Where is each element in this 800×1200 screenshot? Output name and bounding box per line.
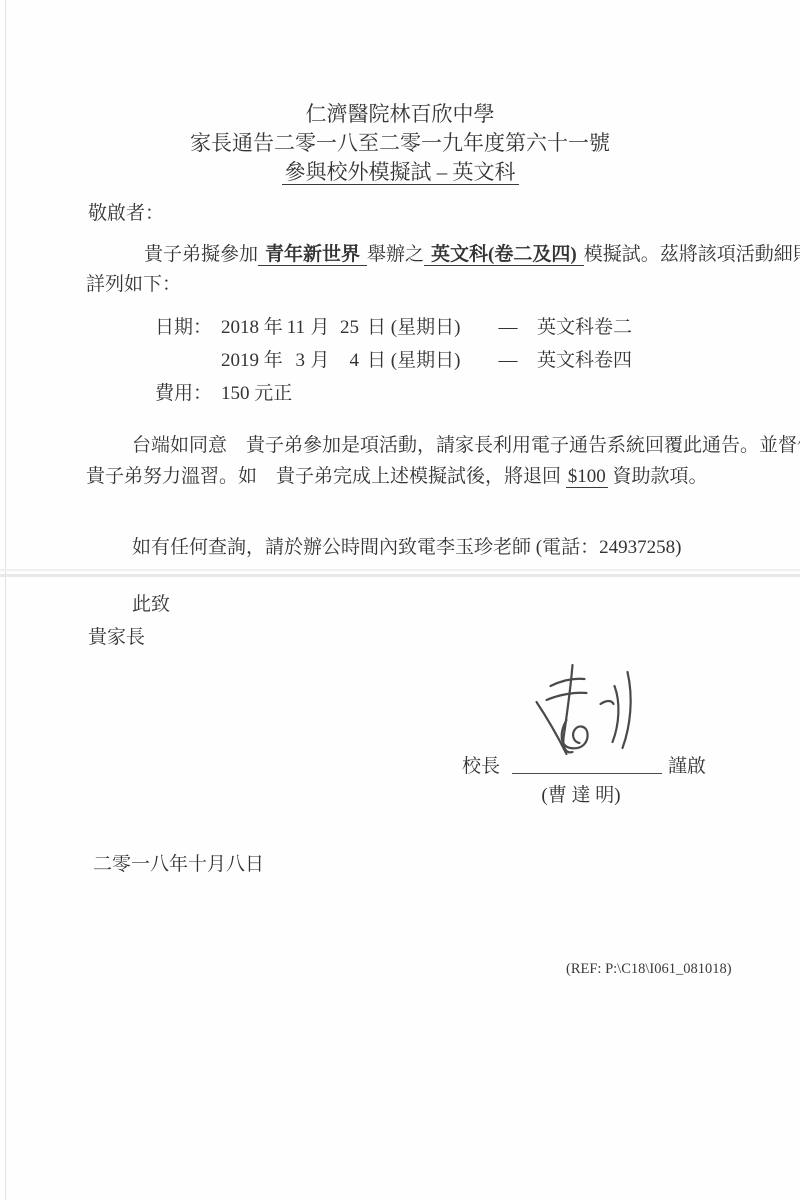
paragraph-consent-line1: 台端如同意 貴子弟參加是項活動，請家長利用電子通告系統回覆此通告。並督促 <box>86 430 800 461</box>
date2-day: 4 <box>335 350 359 372</box>
scanned-notice-page: 仁濟醫院林百欣中學 家長通告二零一八至二零一九年度第六十一號 參與校外模擬試 –… <box>0 0 800 1200</box>
date1-year: 2018 年 <box>221 312 283 339</box>
enquiry-line: 如有任何查詢，請於辦公時間內致電李玉珍老師 (電話：24937258) <box>132 532 681 559</box>
school-name: 仁濟醫院林百欣中學 <box>0 100 800 129</box>
paragraph-intro-line2: 詳列如下： <box>86 270 800 300</box>
date1-day: 25 <box>335 317 359 339</box>
intro-lead: 貴子弟擬參加 <box>144 244 258 265</box>
intro-tail: 模擬試。茲將該項活動細則 <box>584 244 800 265</box>
closing-recipient: 貴家長 <box>88 622 145 649</box>
intro-mid: 舉辦之 <box>367 244 424 265</box>
date1-month: 11 <box>283 317 305 339</box>
consent-line2-post: 資助款項。 <box>608 466 708 487</box>
date-label: 日期： <box>155 312 221 339</box>
date2-month: 3 <box>283 350 305 372</box>
refund-amount: $100 <box>566 466 608 488</box>
paragraph-intro: 貴子弟擬參加青年新世界舉辦之英文科(卷二及四)模擬試。茲將該項活動細則 詳列如下… <box>86 240 800 300</box>
signature-row: 校長 謹啟 <box>462 751 706 778</box>
organizer-name: 青年新世界 <box>258 244 367 266</box>
salutation: 敬啟者： <box>88 198 164 225</box>
notice-header: 仁濟醫院林百欣中學 家長通告二零一八至二零一九年度第六十一號 參與校外模擬試 –… <box>0 100 800 187</box>
signature-line <box>512 773 662 774</box>
date2-day-unit: 日 (星期日) <box>359 345 479 372</box>
paragraph-intro-line1: 貴子弟擬參加青年新世界舉辦之英文科(卷二及四)模擬試。茲將該項活動細則 <box>86 240 800 270</box>
paragraph-consent: 台端如同意 貴子弟參加是項活動，請家長利用電子通告系統回覆此通告。並督促 貴子弟… <box>86 430 800 492</box>
notice-number: 家長通告二零一八至二零一九年度第六十一號 <box>0 129 800 158</box>
closing-cizhi: 此致 <box>132 589 170 616</box>
paragraph-consent-line2: 貴子弟努力溫習。如 貴子弟完成上述模擬試後，將退回 $100 資助款項。 <box>86 461 800 492</box>
date2-month-unit: 月 <box>305 345 335 372</box>
signature-honorific: 謹啟 <box>668 751 706 778</box>
notice-subject-text: 參與校外模擬試 – 英文科 <box>282 160 519 185</box>
date2-subject: 英文科卷四 <box>537 345 632 372</box>
principal-signature-icon <box>524 662 644 762</box>
scan-artifact-band <box>0 569 800 571</box>
dash-separator: — <box>479 350 537 372</box>
notice-subject: 參與校外模擬試 – 英文科 <box>0 158 800 187</box>
consent-line1-text: 台端如同意 貴子弟參加是項活動，請家長利用電子通告系統回覆此通告。並督促 <box>132 435 800 456</box>
date1-month-unit: 月 <box>305 312 335 339</box>
exam-name: 英文科(卷二及四) <box>424 244 584 266</box>
fee-row: 費用： 150 元正 <box>155 378 632 411</box>
scan-artifact-band <box>0 574 800 577</box>
date2-year: 2019 年 <box>221 345 283 372</box>
principal-name: (曹 達 明) <box>506 780 656 807</box>
consent-line2-pre: 貴子弟努力溫習。如 貴子弟完成上述模擬試後，將退回 <box>86 466 566 487</box>
dash-separator: — <box>479 317 537 339</box>
date-row-2: 2019 年 3 月 4 日 (星期日) — 英文科卷四 <box>155 345 632 378</box>
issue-date: 二零一八年十月八日 <box>93 849 264 876</box>
activity-details: 日期： 2018 年 11 月 25 日 (星期日) — 英文科卷二 2019 … <box>155 312 632 411</box>
reference-code: (REF: P:\C18\I061_081018) <box>566 961 732 978</box>
principal-role-label: 校長 <box>462 751 500 778</box>
date-row-1: 日期： 2018 年 11 月 25 日 (星期日) — 英文科卷二 <box>155 312 632 345</box>
date1-subject: 英文科卷二 <box>537 312 632 339</box>
fee-value: 150 元正 <box>221 378 292 405</box>
fee-label: 費用： <box>155 378 221 405</box>
date1-day-unit: 日 (星期日) <box>359 312 479 339</box>
